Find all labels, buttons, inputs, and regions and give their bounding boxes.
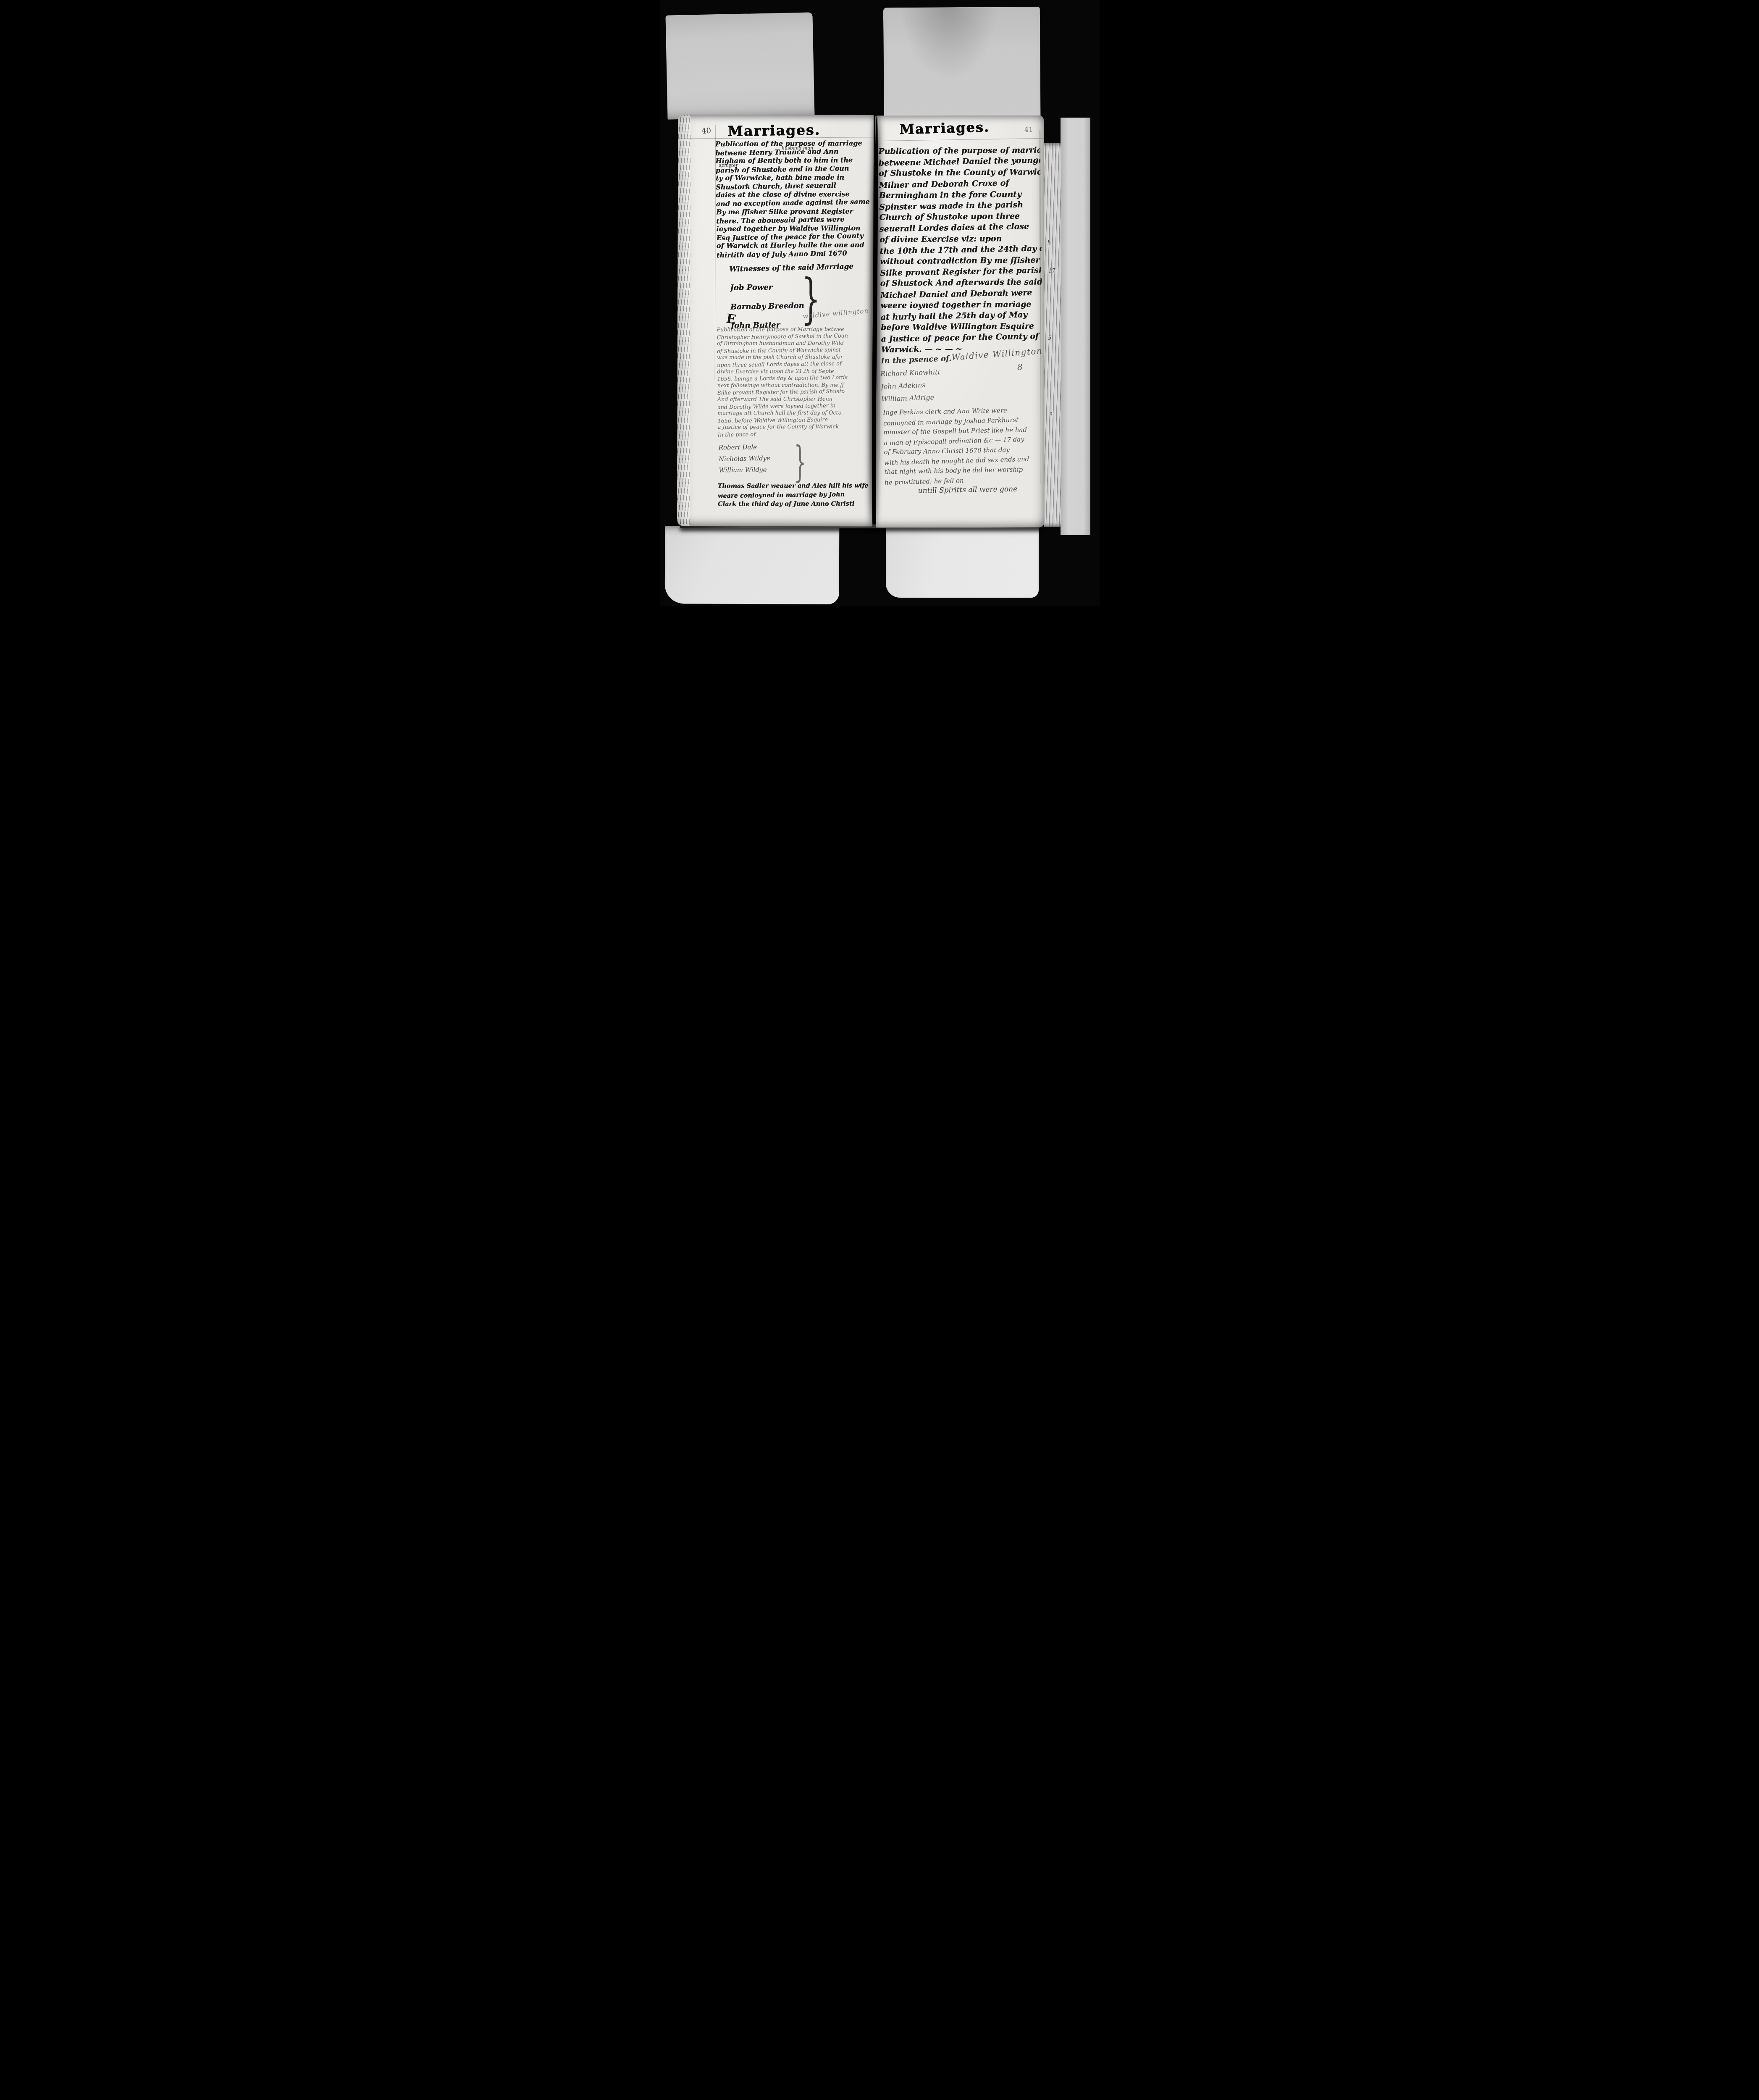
left-entry3-text: Thomas Sadler weauer and Ales hill his w… <box>718 480 871 509</box>
manuscript-line: And afterward The said Christopher Henn <box>717 396 872 403</box>
left-entry1-interlineation: spinster <box>719 162 738 168</box>
witness-name: Barnaby Breedon <box>730 296 805 316</box>
backing-sheet-bottom-left <box>665 526 839 604</box>
manuscript-line: Clark the third day of June Anno Christi <box>718 499 870 508</box>
left-entry1-text: Publication of the purpose of marriagebe… <box>716 139 874 259</box>
witness-name: Nicholas Wildye <box>719 452 771 465</box>
manuscript-line: untill Spiritts all were gone <box>918 484 1043 496</box>
manuscript-line: thirtith day of July Anno Dmi 1670 <box>717 248 874 259</box>
manuscript-line: marriage att Church hall the first day o… <box>718 409 872 417</box>
witness-name: Robert Dale <box>719 441 770 453</box>
right-entry1-text: Publication of the purpose of marriagebe… <box>879 144 1043 355</box>
manuscript-photo: b 17 5 n Marriages. 40 Publication of th… <box>660 0 1100 606</box>
signature-flourish: 8 <box>1017 362 1023 372</box>
left-witness-heading: Witnesses of the said Marriage <box>730 262 854 273</box>
left-page-header: Marriages. <box>713 121 835 139</box>
manuscript-line: of Birmingham husbandman and Dorothy Wil… <box>717 340 872 347</box>
right-witness-list: Richard KnowhittJohn AdekinsWilliam Aldr… <box>880 365 942 405</box>
fore-edge-ink-mark: b <box>1048 240 1051 246</box>
left-entry1-interlineation: husband man <box>782 145 813 151</box>
right-page-header: Marriages. <box>892 118 997 137</box>
manuscript-line: a Justice of peace for the County of <box>881 331 1043 344</box>
right-page-header-rule <box>875 138 1044 141</box>
left-page-number: 40 <box>701 126 711 136</box>
manuscript-line: weare conioyned in marriage by John <box>718 489 871 500</box>
witness-brace: } <box>802 268 821 330</box>
witness-brace: } <box>794 437 806 486</box>
backing-sheet-top-left <box>666 13 815 120</box>
manuscript-line: Publication of the purpose of Marriage b… <box>717 326 872 333</box>
witness-name: John Adekins <box>881 378 941 393</box>
fore-edge-page-stack <box>1044 143 1061 527</box>
fore-edge-ink-mark: 5 <box>1048 335 1051 341</box>
fore-edge-ink-mark: 17 <box>1048 268 1055 274</box>
manuscript-line: Thomas Sadler weauer and Ales hill his w… <box>718 481 870 490</box>
witness-name: Job Power <box>730 278 804 297</box>
right-entry2-text: Inge Perkins clerk and Ann Write werecon… <box>883 404 1044 497</box>
manuscript-line: Higham of Bently both to him in the <box>716 156 872 165</box>
witness-name: William Wildye <box>719 464 771 476</box>
backing-sheet-bottom-right <box>886 527 1039 598</box>
witness-name: William Aldrige <box>881 391 942 405</box>
left-page-stack-edges <box>677 114 691 526</box>
left-page: Marriages. 40 Publication of the purpose… <box>677 114 874 526</box>
right-presence-line: In the psence of. <box>881 354 952 365</box>
manuscript-line: of Shustoke in the County of Warwicke <box>879 166 1041 179</box>
left-entry2-text: Publication of the purpose of Marriage b… <box>717 325 873 438</box>
left-entry2-witness-list: Robert DaleNicholas WildyeWilliam Wildye <box>719 441 771 476</box>
manuscript-line: of Warwick at Hurley hulle the one and <box>717 241 874 250</box>
manuscript-line: seuerall Lordes daies at the close <box>879 220 1041 234</box>
fore-edge-ink-mark: n <box>1049 411 1053 417</box>
manuscript-line: of Shustock And afterwards the said <box>880 276 1042 289</box>
flyleaf-right-strip <box>1061 118 1090 535</box>
witness-name: Richard Knowhitt <box>880 365 941 380</box>
right-page: Marriages. 41 Publication of the purpose… <box>875 115 1045 528</box>
right-page-number: 41 <box>1024 125 1033 133</box>
